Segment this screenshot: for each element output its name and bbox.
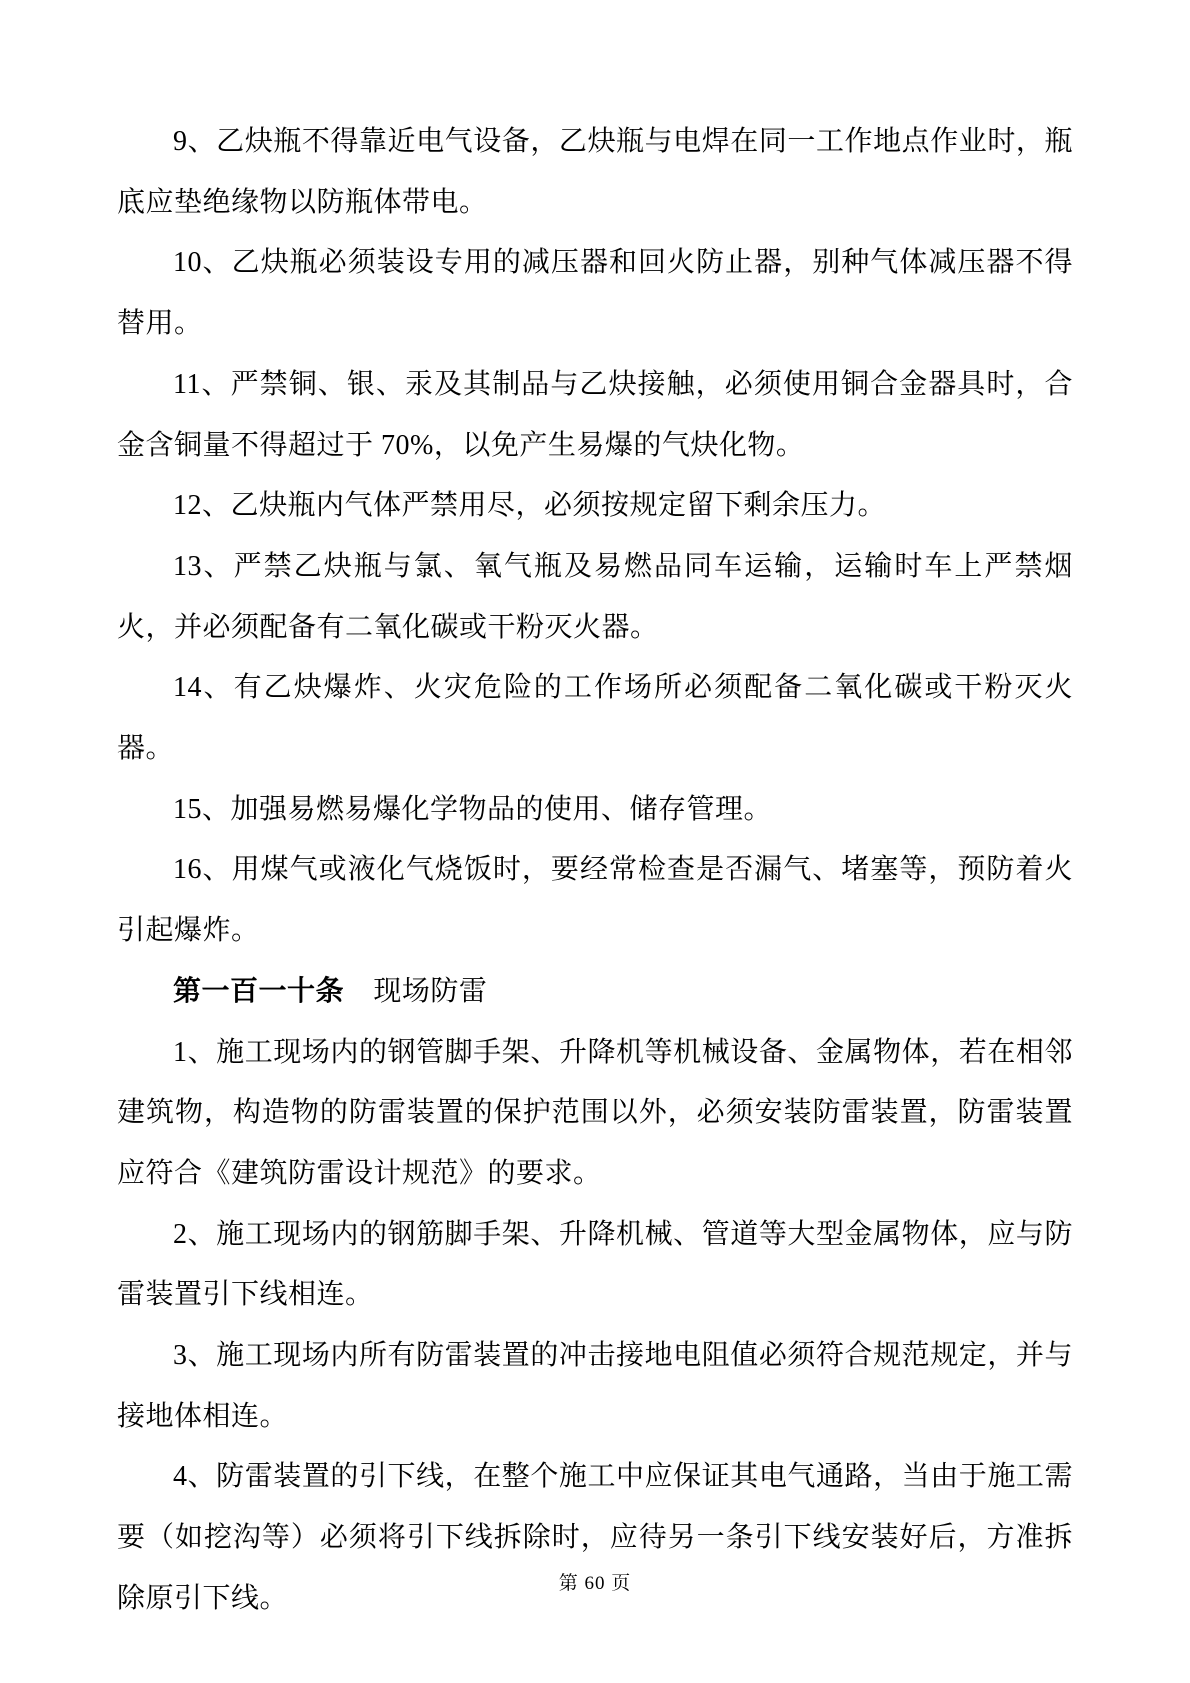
paragraph: 16、用煤气或液化气烧饭时，要经常检查是否漏气、堵塞等，预防着火引起爆炸。 (117, 840, 1073, 961)
heading-article-number: 第一百一十条 (173, 976, 344, 1007)
paragraph: 2、施工现场内的钢筋脚手架、升降机械、管道等大型金属物体，应与防雷装置引下线相连… (117, 1205, 1073, 1326)
paragraph: 9、乙炔瓶不得靠近电气设备，乙炔瓶与电焊在同一工作地点作业时，瓶底应垫绝缘物以防… (117, 112, 1073, 233)
page-number: 第 60 页 (0, 1572, 1190, 1596)
paragraph: 12、乙炔瓶内气体严禁用尽，必须按规定留下剩余压力。 (117, 476, 1073, 537)
paragraph: 13、严禁乙炔瓶与氯、氧气瓶及易燃品同车运输，运输时车上严禁烟火，并必须配备有二… (117, 537, 1073, 658)
paragraph: 4、防雷装置的引下线，在整个施工中应保证其电气通路，当由于施工需要（如挖沟等）必… (117, 1447, 1073, 1629)
document-content: 9、乙炔瓶不得靠近电气设备，乙炔瓶与电焊在同一工作地点作业时，瓶底应垫绝缘物以防… (117, 112, 1073, 1630)
paragraph: 3、施工现场内所有防雷装置的冲击接地电阻值必须符合规范规定，并与接地体相连。 (117, 1326, 1073, 1447)
section-heading-article-110: 第一百一十条现场防雷 (117, 962, 1073, 1023)
paragraph: 15、加强易燃易爆化学物品的使用、储存管理。 (117, 780, 1073, 841)
heading-article-title: 现场防雷 (373, 976, 487, 1007)
paragraph: 1、施工现场内的钢管脚手架、升降机等机械设备、金属物体，若在相邻建筑物，构造物的… (117, 1023, 1073, 1205)
paragraph: 11、严禁铜、银、汞及其制品与乙炔接触，必须使用铜合金器具时，合金含铜量不得超过… (117, 355, 1073, 476)
document-page: 9、乙炔瓶不得靠近电气设备，乙炔瓶与电焊在同一工作地点作业时，瓶底应垫绝缘物以防… (0, 0, 1190, 1683)
paragraph: 10、乙炔瓶必须装设专用的减压器和回火防止器，别种气体减压器不得替用。 (117, 233, 1073, 354)
paragraph: 14、有乙炔爆炸、火灾危险的工作场所必须配备二氧化碳或干粉灭火器。 (117, 658, 1073, 779)
